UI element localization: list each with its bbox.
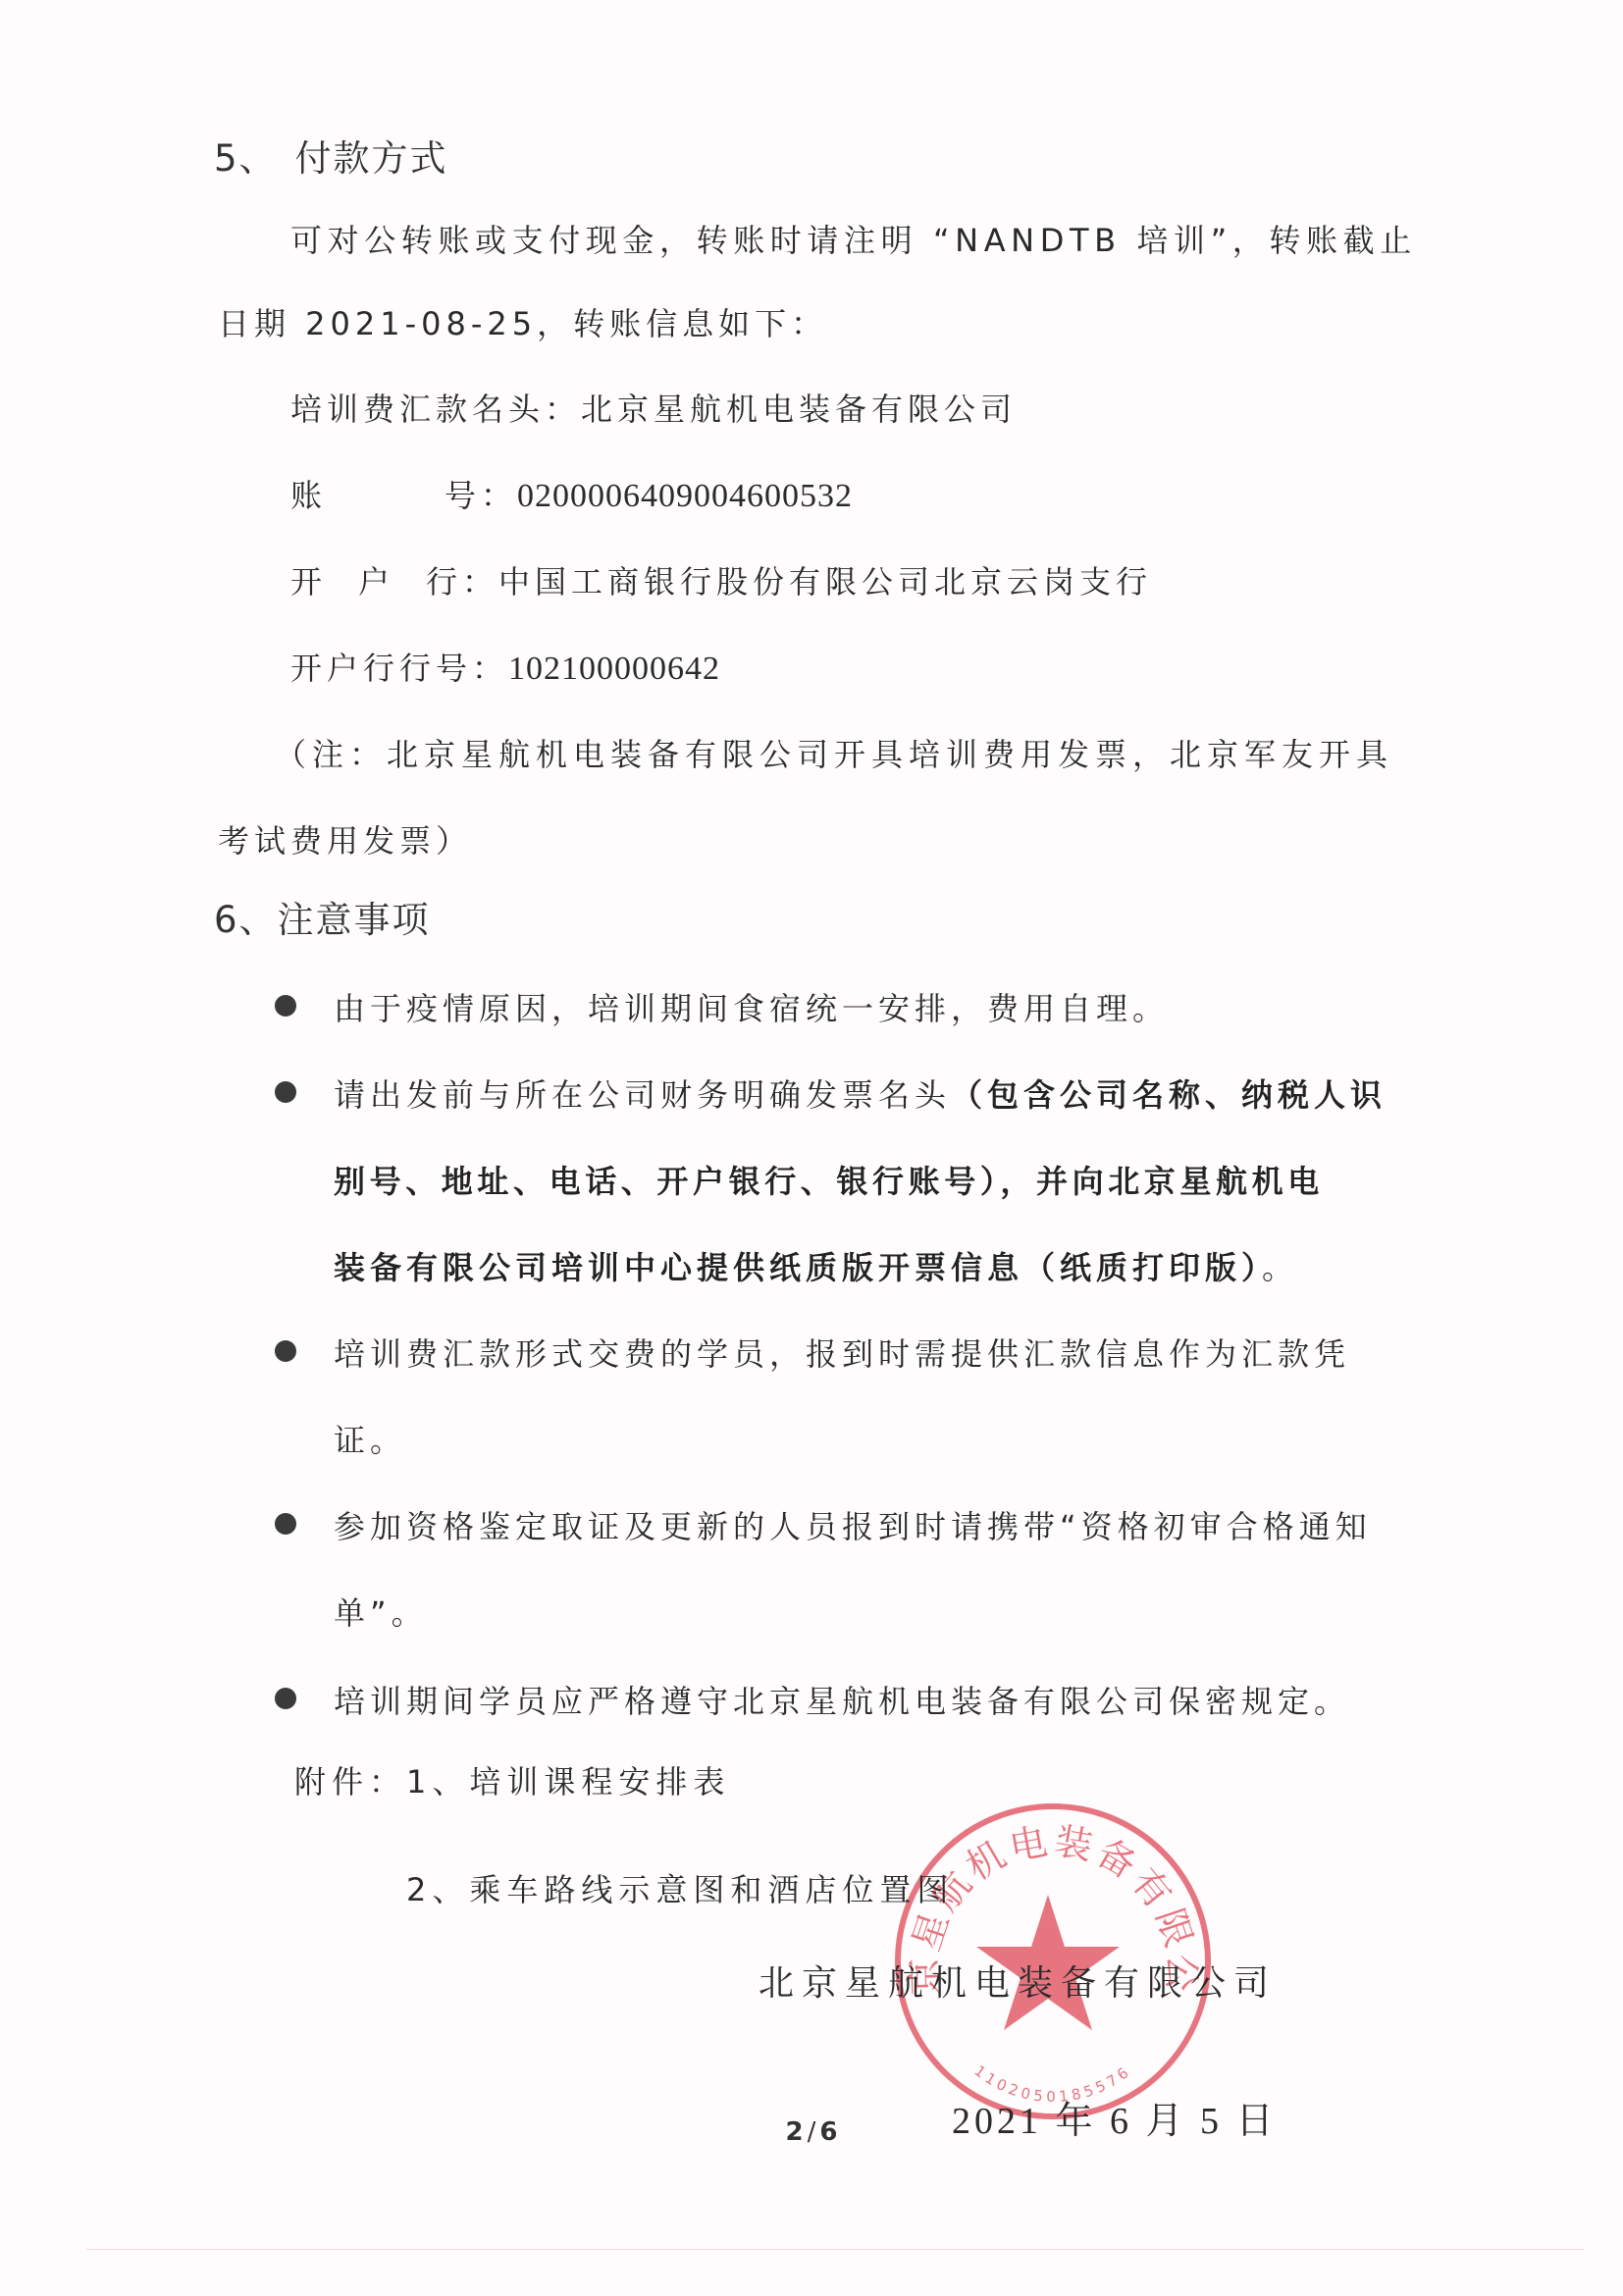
bullet-icon [275,1081,296,1103]
section-number: 5、 [214,137,278,180]
account-row: 账号：0200006409004600532 [290,476,853,516]
payment-paragraph-line-1: 可对公转账或支付现金，转账时请注明 “NANDTB 培训”，转账截止 [290,221,1417,260]
notice-item-1: 由于疫情原因，培训期间食宿统一安排，费用自理。 [334,989,1169,1028]
section-title: 付款方式 [295,137,448,180]
section-number: 6、 [214,899,278,941]
signature-date: 2021 年 6 月 5 日 [952,2102,1623,2141]
bullet-icon [275,1513,296,1535]
notice-item-4-line-2: 单”。 [334,1593,428,1633]
section-title: 注意事项 [278,899,431,941]
notice-item-2-tail: 。 [1262,1249,1298,1286]
payee-label: 培训费汇款名头： [290,391,581,428]
company-seal-icon: 北京星航机电装备有限公司 1102050185576 [891,1801,1215,2121]
bullet-icon [275,1688,296,1709]
notice-item-2-bold-end: 装备有限公司培训中心提供纸质版开票信息（纸质打印版） [334,1249,1262,1286]
notice-item-4-line-1: 参加资格鉴定取证及更新的人员报到时请携带“资格初审合格通知 [334,1507,1372,1546]
footer-divider [86,2249,1584,2250]
payment-paragraph-line-2: 日期 2021-08-25，转账信息如下： [218,304,827,343]
notice-item-2-line-1: 请出发前与所在公司财务明确发票名头（包含公司名称、纳税人识 [334,1075,1387,1115]
section-5-heading: 5、付款方式 [214,137,448,181]
notice-item-3-line-1: 培训费汇款形式交费的学员，报到时需提供汇款信息作为汇款凭 [334,1334,1350,1374]
bank-label-part-a: 开 [290,563,327,600]
notice-item-2-line-3: 装备有限公司培训中心提供纸质版开票信息（纸质打印版）。 [334,1248,1298,1287]
bank-label-part-b: 户 [358,563,394,600]
bank-label-part-c: 行： [426,563,498,600]
page-separator: / [808,2117,816,2147]
notice-item-2-normal: 请出发前与所在公司财务明确发票名头 [334,1076,951,1114]
bank-row: 开户行：中国工商银行股份有限公司北京云岗支行 [290,562,1152,601]
bank-name: 中国工商银行股份有限公司北京云岗支行 [498,563,1152,600]
signature-company: 北京星航机电装备有限公司 [759,1964,1623,2004]
bank-code-label: 开户行行号： [290,650,508,687]
payee-row: 培训费汇款名头：北京星航机电装备有限公司 [290,390,1017,429]
invoice-note-line-2: 考试费用发票） [218,821,472,861]
bank-code-row: 开户行行号：102100000642 [290,649,720,689]
page-total: 6 [819,2117,837,2147]
notice-item-3-line-2: 证。 [334,1421,406,1460]
notice-item-5: 培训期间学员应严格遵守北京星航机电装备有限公司保密规定。 [334,1682,1350,1721]
page-current: 2 [786,2117,804,2147]
payee-value: 北京星航机电装备有限公司 [581,391,1017,428]
invoice-note-line-1: （注：北京星航机电装备有限公司开具培训费用发票，北京军友开具 [275,735,1393,774]
account-label-part-b: 号： [445,477,517,514]
notice-item-2-bold: （包含公司名称、纳税人识 [951,1076,1387,1114]
notice-item-2-line-2: 别号、地址、电话、开户银行、银行账号），并向北京星航机电 [334,1162,1324,1201]
bank-code-value: 102100000642 [508,651,720,687]
section-6-heading: 6、注意事项 [214,899,431,942]
attachment-item-2: 2、乘车路线示意图和酒店位置图 [406,1870,1623,1909]
attachment-item-1: 1、培训课程安排表 [406,1763,730,1800]
svg-text:1102050185576: 1102050185576 [970,2061,1134,2106]
attachments-label: 附件： [294,1763,406,1800]
account-label-part-a: 账 [290,477,327,514]
attachments-line-1: 附件：1、培训课程安排表 [294,1762,730,1801]
bullet-icon [275,995,296,1017]
bullet-icon [275,1340,296,1362]
account-number: 0200006409004600532 [517,478,853,514]
